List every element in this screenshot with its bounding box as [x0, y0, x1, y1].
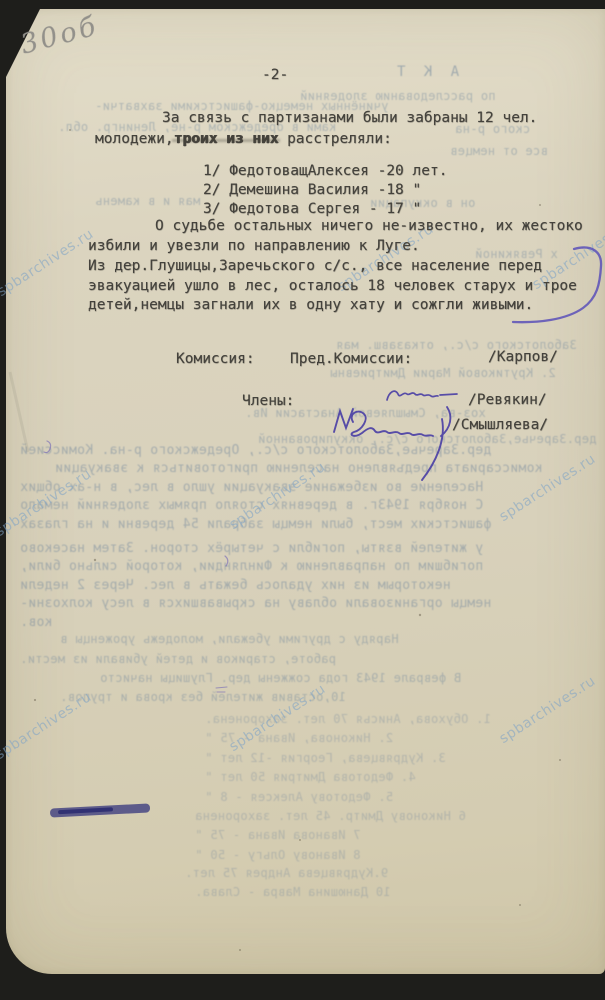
- scanned-document: А К Т по расследованию злодеяний учинённ…: [0, 0, 605, 1000]
- ink-annotations: [0, 0, 605, 1000]
- small-ink-marks: [44, 441, 228, 692]
- signature-smyshlyaeva: [334, 407, 450, 480]
- signature-revyakin: [387, 391, 457, 400]
- ink-smudge: [50, 803, 150, 817]
- dust-speckles: [34, 129, 561, 951]
- margin-bracket-mark: [513, 248, 601, 323]
- paper-crease: [10, 372, 28, 452]
